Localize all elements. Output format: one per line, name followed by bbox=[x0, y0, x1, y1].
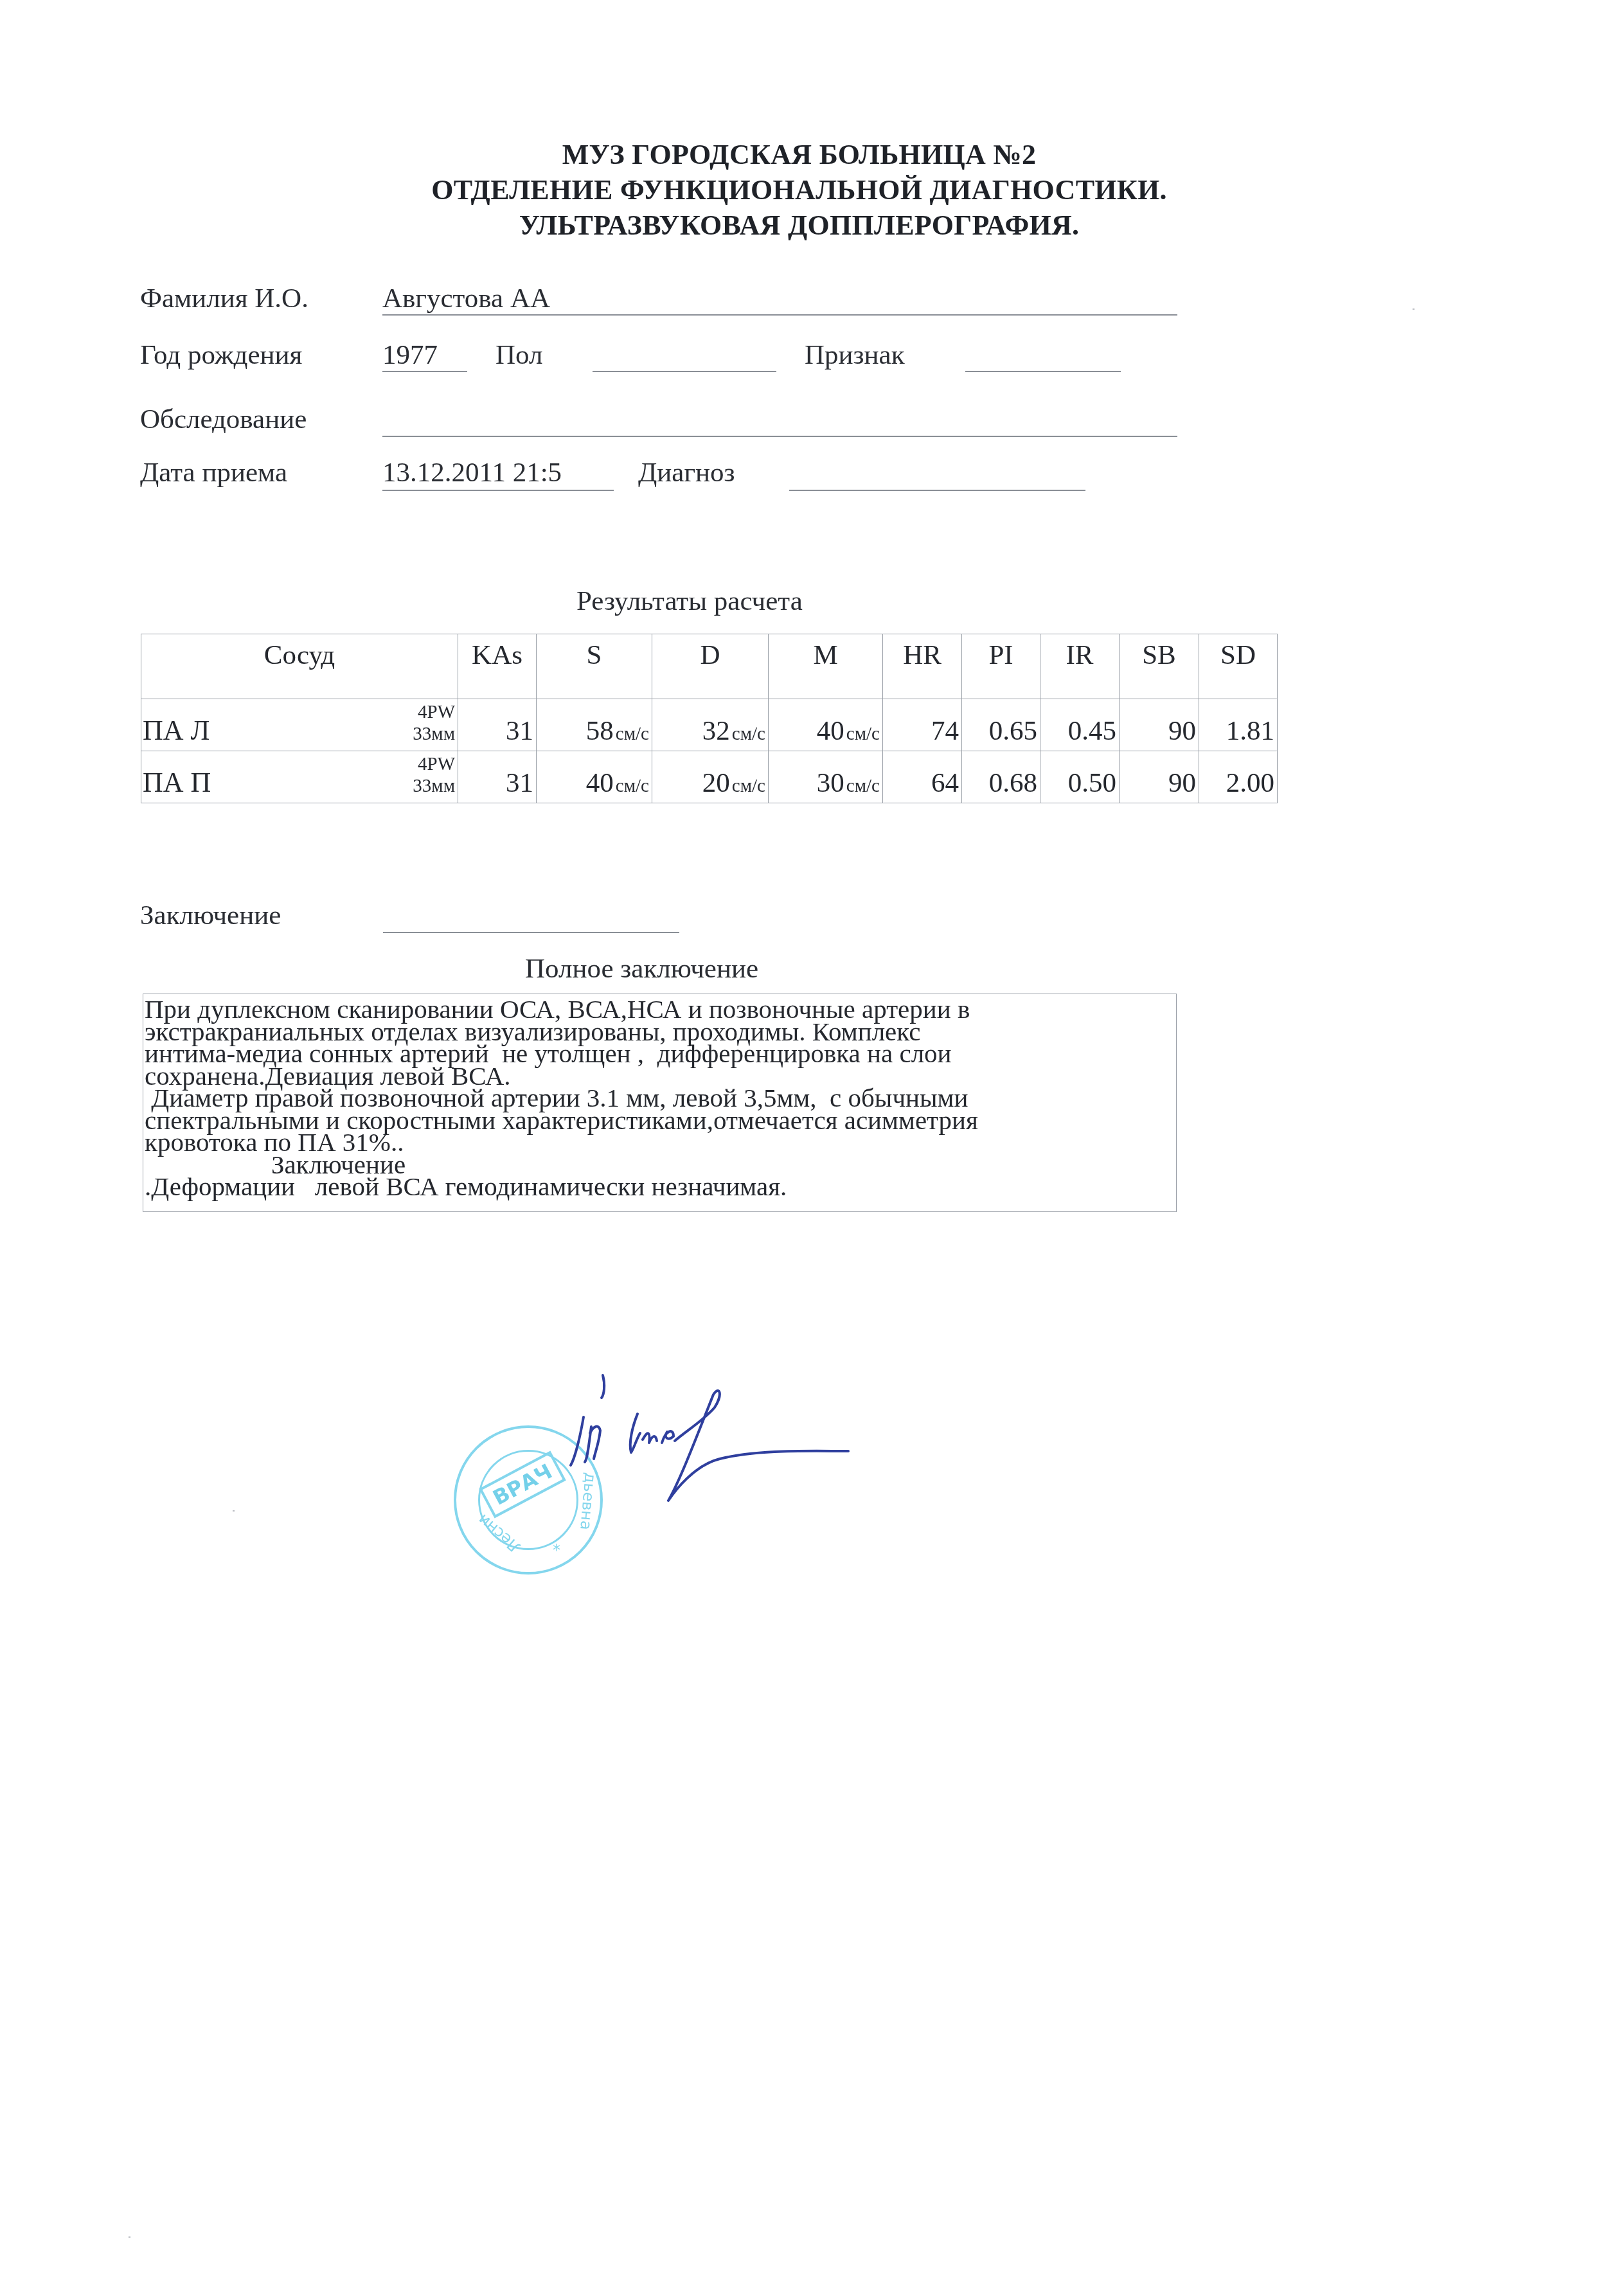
d-cell: 20см/с bbox=[652, 751, 769, 803]
conclusion-label: Заключение bbox=[140, 902, 281, 929]
hospital-name: МУЗ ГОРОДСКАЯ БОЛЬНИЦА №2 bbox=[0, 138, 1611, 171]
sb-cell: 90 bbox=[1120, 751, 1199, 803]
probe-type: 4PW bbox=[413, 753, 455, 775]
date-underline bbox=[382, 490, 614, 491]
birth-year-underline bbox=[382, 371, 467, 372]
column-header-pi: PI bbox=[962, 634, 1040, 699]
full-conclusion-box: При дуплексном сканировании ОСА, ВСА,НСА… bbox=[143, 994, 1177, 1212]
results-header-row: Сосуд KAs S D M HR PI IR SB SD bbox=[141, 634, 1278, 699]
sd-cell: 2.00 bbox=[1199, 751, 1278, 803]
doctor-signature bbox=[566, 1369, 861, 1530]
birth-year-value: 1977 bbox=[382, 341, 438, 369]
unit-label: см/с bbox=[616, 724, 649, 744]
pi-cell: 0.68 bbox=[962, 751, 1040, 803]
vessel-name: ПА П bbox=[143, 767, 211, 798]
column-header-m: M bbox=[769, 634, 883, 699]
probe-depth: 33мм bbox=[413, 723, 455, 745]
results-table: Сосуд KAs S D M HR PI IR SB SD ПА Л 4PW … bbox=[141, 634, 1278, 803]
unit-label: см/с bbox=[846, 776, 880, 796]
ir-cell: 0.45 bbox=[1040, 699, 1120, 751]
probe-info: 4PW 33мм bbox=[413, 753, 455, 797]
d-cell: 32см/с bbox=[652, 699, 769, 751]
table-row: ПА П 4PW 33мм 31 40см/с 20см/с 30см/с 64… bbox=[141, 751, 1278, 803]
unit-label: см/с bbox=[846, 724, 880, 744]
vessel-name: ПА Л bbox=[143, 715, 210, 746]
m-value: 40 bbox=[817, 716, 844, 746]
name-value: Августова АА bbox=[382, 285, 550, 312]
name-label: Фамилия И.О. bbox=[140, 285, 308, 312]
conclusion-underline bbox=[383, 932, 679, 933]
column-header-sb: SB bbox=[1120, 634, 1199, 699]
m-cell: 30см/с bbox=[769, 751, 883, 803]
probe-depth: 33мм bbox=[413, 775, 455, 797]
diagnosis-label: Диагноз bbox=[638, 459, 735, 486]
sb-cell: 90 bbox=[1120, 699, 1199, 751]
table-row: ПА Л 4PW 33мм 31 58см/с 32см/с 40см/с 74… bbox=[141, 699, 1278, 751]
column-header-vessel: Сосуд bbox=[141, 634, 458, 699]
ir-cell: 0.50 bbox=[1040, 751, 1120, 803]
s-value: 40 bbox=[586, 768, 614, 798]
vessel-cell: ПА П 4PW 33мм bbox=[141, 751, 458, 803]
name-underline bbox=[382, 314, 1177, 316]
m-cell: 40см/с bbox=[769, 699, 883, 751]
results-title: Результаты расчета bbox=[576, 587, 803, 615]
s-cell: 40см/с bbox=[537, 751, 652, 803]
d-value: 32 bbox=[702, 716, 730, 746]
hr-cell: 64 bbox=[883, 751, 962, 803]
exam-label: Обследование bbox=[140, 406, 307, 433]
unit-label: см/с bbox=[732, 724, 765, 744]
date-value: 13.12.2011 21:5 bbox=[382, 459, 562, 486]
conclusion-text-line: .Деформации левой ВСА гемодинамически не… bbox=[145, 1175, 1176, 1198]
date-label: Дата приема bbox=[140, 459, 287, 486]
column-header-s: S bbox=[537, 634, 652, 699]
d-value: 20 bbox=[702, 768, 730, 798]
kas-cell: 31 bbox=[458, 699, 537, 751]
sign-label: Признак bbox=[805, 341, 905, 369]
s-value: 58 bbox=[586, 716, 614, 746]
probe-info: 4PW 33мм bbox=[413, 701, 455, 745]
exam-type-title: УЛЬТРАЗВУКОВАЯ ДОППЛЕРОГРАФИЯ. bbox=[0, 209, 1611, 242]
scan-speck bbox=[233, 1510, 235, 1512]
column-header-sd: SD bbox=[1199, 634, 1278, 699]
full-conclusion-title: Полное заключение bbox=[525, 955, 758, 983]
pi-cell: 0.65 bbox=[962, 699, 1040, 751]
column-header-hr: HR bbox=[883, 634, 962, 699]
sex-label: Пол bbox=[495, 341, 542, 369]
column-header-kas: KAs bbox=[458, 634, 537, 699]
hr-cell: 74 bbox=[883, 699, 962, 751]
birth-year-label: Год рождения bbox=[140, 341, 302, 369]
s-cell: 58см/с bbox=[537, 699, 652, 751]
department-name: ОТДЕЛЕНИЕ ФУНКЦИОНАЛЬНОЙ ДИАГНОСТИКИ. bbox=[0, 174, 1611, 206]
sd-cell: 1.81 bbox=[1199, 699, 1278, 751]
sex-underline bbox=[593, 371, 776, 372]
m-value: 30 bbox=[817, 768, 844, 798]
column-header-ir: IR bbox=[1040, 634, 1120, 699]
column-header-d: D bbox=[652, 634, 769, 699]
stamp-ring-star: * bbox=[553, 1541, 560, 1559]
scan-speck bbox=[1413, 308, 1414, 310]
kas-cell: 31 bbox=[458, 751, 537, 803]
exam-underline bbox=[382, 436, 1177, 437]
probe-type: 4PW bbox=[413, 701, 455, 723]
scan-speck bbox=[129, 2236, 130, 2238]
diagnosis-underline bbox=[789, 490, 1085, 491]
sign-underline bbox=[965, 371, 1121, 372]
unit-label: см/с bbox=[732, 776, 765, 796]
unit-label: см/с bbox=[616, 776, 649, 796]
vessel-cell: ПА Л 4PW 33мм bbox=[141, 699, 458, 751]
